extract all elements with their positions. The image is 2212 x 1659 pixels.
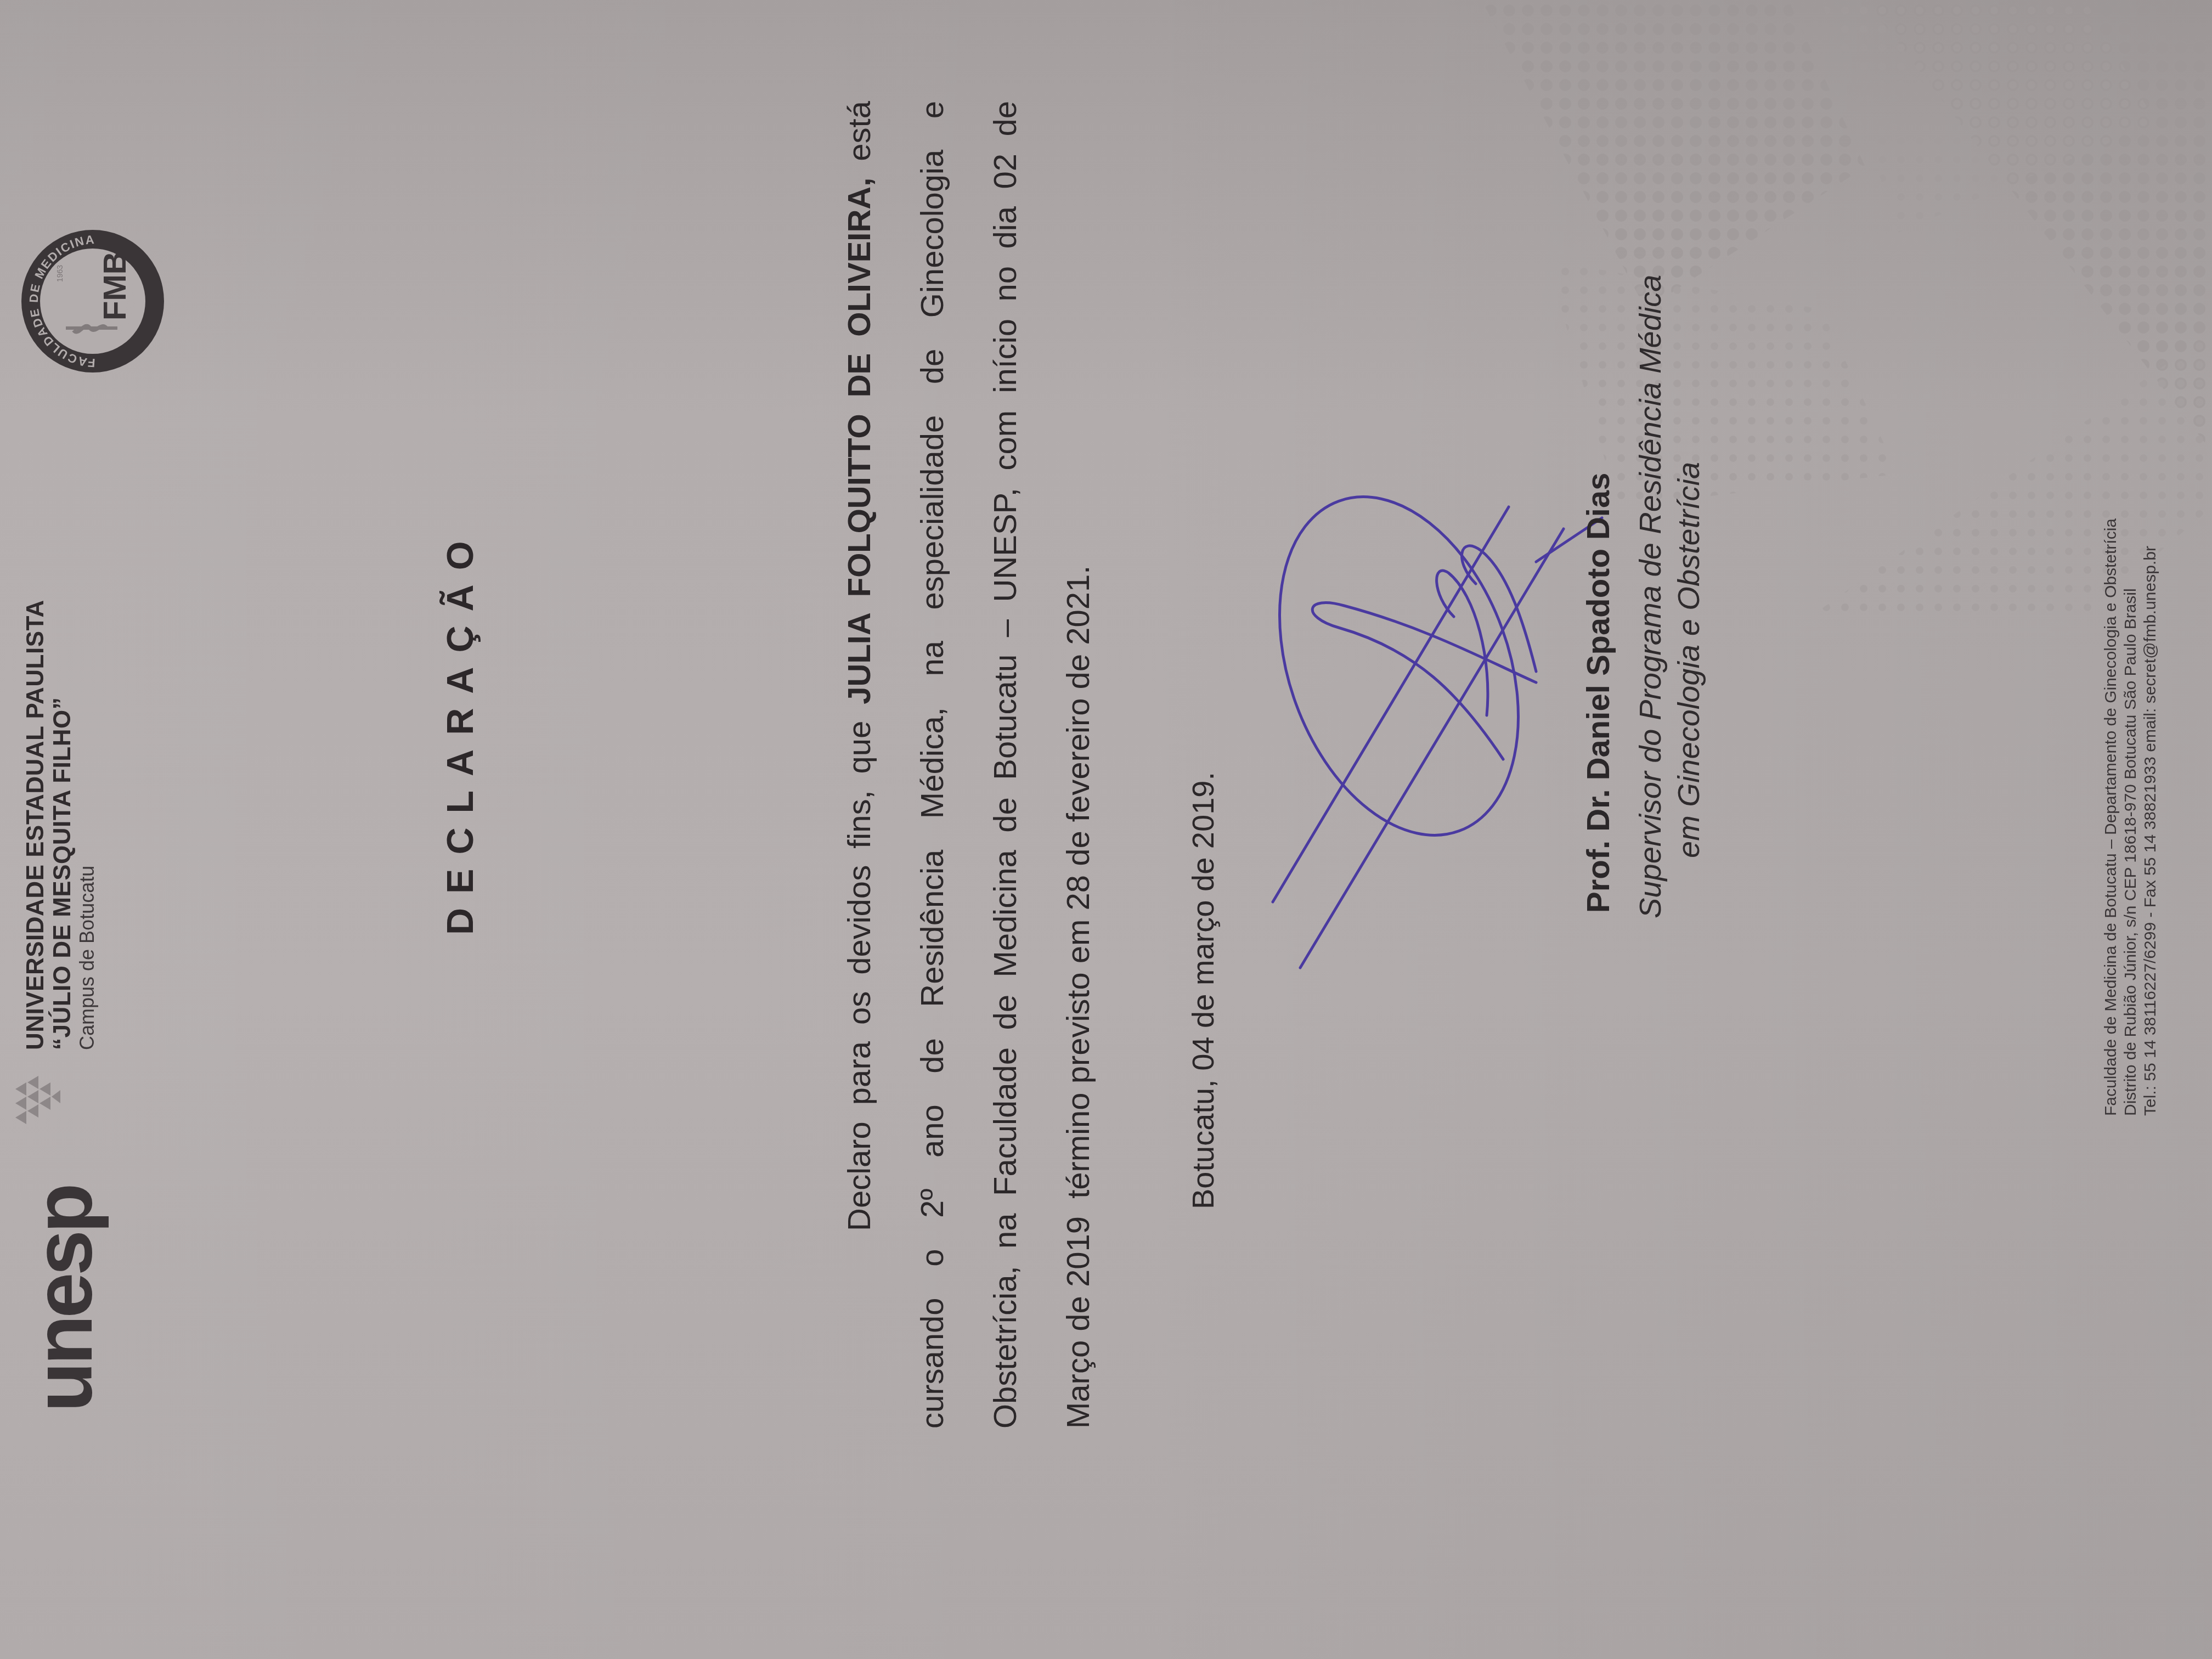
handwritten-signature	[1251, 441, 1613, 1045]
university-subtitle: “JÚLIO DE MESQUITA FILHO”	[49, 600, 76, 1050]
fmb-seal-icon: FACULDADE DE MEDICINA BOTUCATU FMB 1963	[13, 222, 172, 381]
declaration-body: Declaro para os devidos fins, que JULIA …	[823, 101, 1115, 1429]
signatory-role-line1: Supervisor do Programa de Residência Méd…	[1632, 275, 1668, 918]
campus-name: Campus de Botucatu	[76, 600, 98, 1050]
university-header: UNIVERSIDADE ESTADUAL PAULISTA “JÚLIO DE…	[22, 600, 98, 1050]
university-name: UNIVERSIDADE ESTADUAL PAULISTA	[22, 600, 49, 1050]
signatory-role-line2: em Ginecologia e Obstetrícia	[1671, 462, 1706, 858]
body-line-2: cursando o 2º ano de Residência Médica, …	[896, 101, 969, 1429]
document-page: unesp UNIVERSIDADE ESTADUAL PAULISTA “JÚ…	[0, 0, 2212, 1659]
footer-address: Distrito de Rubião Júnior, s/n CEP 18618…	[2121, 518, 2141, 1116]
seal-year: 1963	[55, 265, 64, 282]
photo-viewport: unesp UNIVERSIDADE ESTADUAL PAULISTA “JÚ…	[0, 0, 2212, 1659]
seal-initials: FMB	[97, 251, 133, 320]
letterhead-footer: Faculdade de Medicina de Botucatu – Depa…	[2101, 518, 2160, 1116]
unesp-triangles-icon	[10, 1064, 60, 1130]
body-line-3: Obstetrícia, na Faculdade de Medicina de…	[969, 101, 1042, 1429]
footer-institution: Faculdade de Medicina de Botucatu – Depa…	[2101, 518, 2121, 1116]
body-line-4: Março de 2019 término previsto em 28 de …	[1042, 101, 1115, 1429]
body-line-1: Declaro para os devidos fins, que JULIA …	[823, 101, 896, 1429]
unesp-logo: unesp	[22, 1186, 104, 1412]
place-and-date: Botucatu, 04 de março de 2019.	[1185, 772, 1221, 1209]
document-title: DECLARAÇÃO	[439, 527, 482, 935]
footer-contact: Tel.: 55 14 38116227/6299 - Fax 55 14 38…	[2141, 518, 2160, 1116]
student-name: JULIA FOLQUITTO DE OLIVEIRA,	[842, 178, 877, 704]
signatory-name: Prof. Dr. Daniel Spadoto Dias	[1580, 473, 1617, 913]
